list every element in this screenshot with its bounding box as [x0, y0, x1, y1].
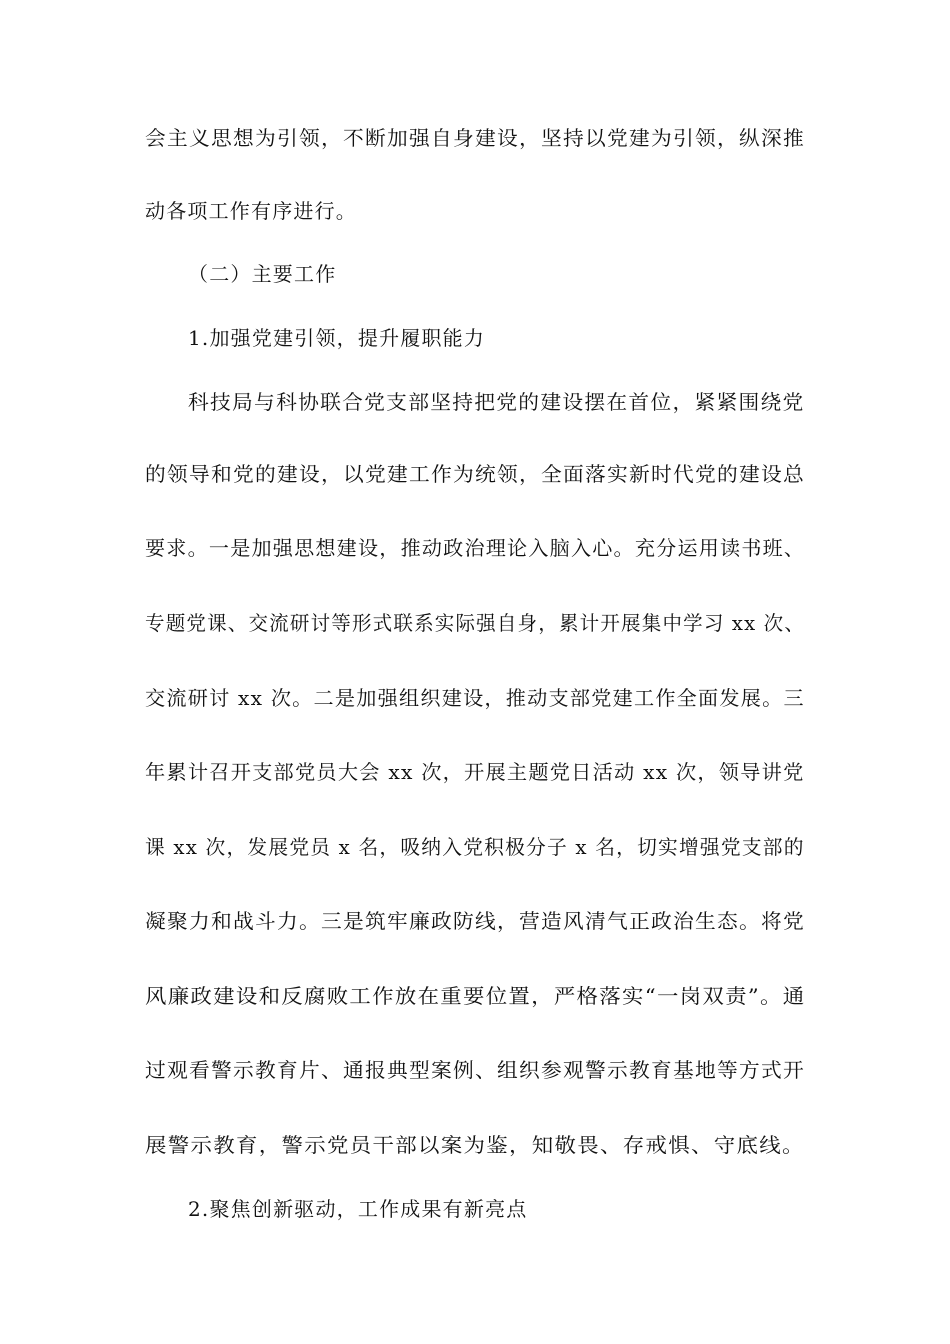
body-text-line: 年累计召开支部党员大会 xx 次，开展主题党日活动 xx 次，领导讲党: [145, 759, 805, 785]
body-text-line: 展警示教育，警示党员干部以案为鉴，知敬畏、存戒惧、守底线。: [145, 1132, 805, 1158]
body-text-line: 会主义思想为引领，不断加强自身建设，坚持以党建为引领，纵深推: [145, 125, 805, 151]
body-text-line: 风廉政建设和反腐败工作放在重要位置，严格落实“一岗双责”。通: [145, 983, 805, 1009]
body-text-line: 交流研讨 xx 次。二是加强组织建设，推动支部党建工作全面发展。三: [145, 685, 805, 711]
body-text-line: 动各项工作有序进行。: [145, 198, 357, 224]
body-text-line: 课 xx 次，发展党员 x 名，吸纳入党积极分子 x 名，切实增强党支部的: [145, 834, 805, 860]
body-text-line: 要求。一是加强思想建设，推动政治理论入脑入心。充分运用读书班、: [145, 535, 805, 561]
body-text-line: 专题党课、交流研讨等形式联系实际强自身，累计开展集中学习 xx 次、: [145, 610, 805, 636]
paragraph-first-line: 科技局与科协联合党支部坚持把党的建设摆在首位，紧紧围绕党: [188, 389, 805, 415]
section-heading: （二）主要工作: [188, 261, 336, 287]
subsection-heading-1: 1.加强党建引领，提升履职能力: [188, 325, 485, 351]
body-text-line: 凝聚力和战斗力。三是筑牢廉政防线，营造风清气正政治生态。将党: [145, 908, 805, 934]
subsection-heading-2: 2.聚焦创新驱动，工作成果有新亮点: [188, 1196, 527, 1222]
body-text-line: 的领导和党的建设，以党建工作为统领，全面落实新时代党的建设总: [145, 461, 805, 487]
body-text-line: 过观看警示教育片、通报典型案例、组织参观警示教育基地等方式开: [145, 1057, 805, 1083]
document-page: 会主义思想为引领，不断加强自身建设，坚持以党建为引领，纵深推 动各项工作有序进行…: [0, 0, 950, 1344]
